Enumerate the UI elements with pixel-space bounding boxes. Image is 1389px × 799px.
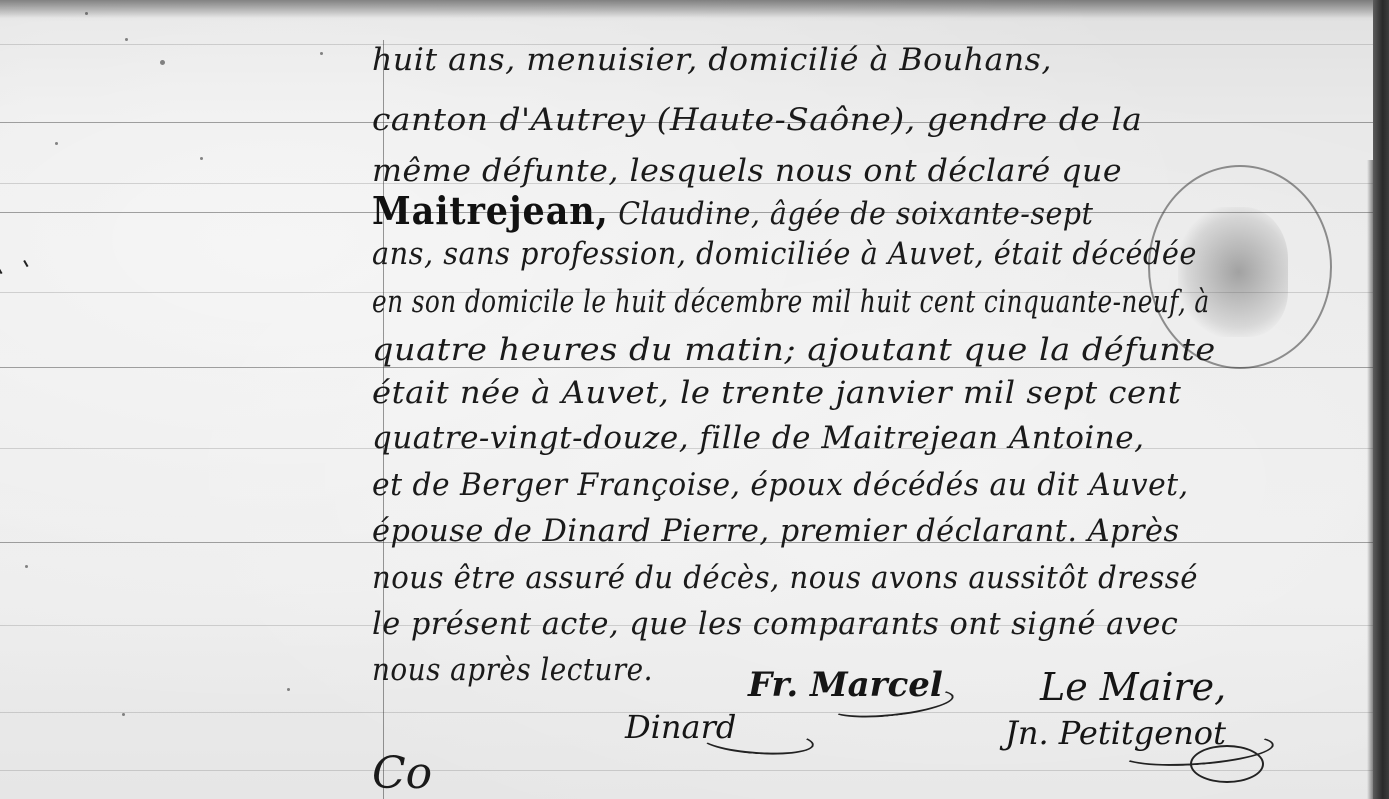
deceased-surname: Maitrejean, — [372, 188, 609, 233]
paper-speck — [85, 12, 88, 15]
record-line-7: quatre heures du matin; ajoutant que la … — [372, 332, 1216, 368]
record-line-14: nous après lecture. — [372, 652, 653, 688]
record-line-3: même défunte, lesquels nous ont déclaré … — [372, 153, 1122, 189]
record-line-13: le présent acte, que les comparants ont … — [372, 606, 1178, 642]
paper-speck — [122, 713, 125, 716]
paper-speck — [25, 565, 28, 568]
record-line-2: canton d'Autrey (Haute-Saône), gendre de… — [372, 102, 1142, 138]
record-line-1: huit ans, menuisier, domicilié à Bouhans… — [372, 42, 1052, 78]
paper-speck — [160, 60, 165, 65]
ruled-line — [0, 770, 1373, 771]
record-line-9: quatre-vingt-douze, fille de Maitrejean … — [372, 420, 1144, 456]
next-entry-partial: Co — [372, 748, 432, 799]
paper-speck — [200, 157, 203, 160]
record-line-11: épouse de Dinard Pierre, premier déclara… — [372, 513, 1180, 549]
record-line-8: était née à Auvet, le trente janvier mil… — [372, 375, 1181, 411]
margin-mark: ' — [0, 262, 14, 292]
signature-flourish — [699, 724, 815, 758]
record-line-10: et de Berger Françoise, époux décédés au… — [372, 467, 1189, 503]
register-page: ' ' huit ans, menuisier, domicilié à Bou… — [0, 0, 1389, 799]
paper-speck — [55, 142, 58, 145]
signature-mayor-title: Le Maire, — [1040, 665, 1226, 709]
paper-speck — [320, 52, 323, 55]
page-top-shadow — [0, 0, 1389, 18]
record-line-4: Maitrejean, Claudine, âgée de soixante-s… — [372, 188, 1093, 233]
deceased-details: Claudine, âgée de soixante-sept — [609, 196, 1094, 232]
record-line-12: nous être assuré du décès, nous avons au… — [372, 560, 1198, 596]
paper-speck — [287, 688, 290, 691]
book-binding-edge — [1373, 0, 1389, 799]
paper-speck — [125, 38, 128, 41]
record-line-5: ans, sans profession, domiciliée à Auvet… — [372, 236, 1197, 272]
record-line-6: en son domicile le huit décembre mil hui… — [372, 284, 1210, 320]
margin-mark: ' — [19, 255, 40, 285]
